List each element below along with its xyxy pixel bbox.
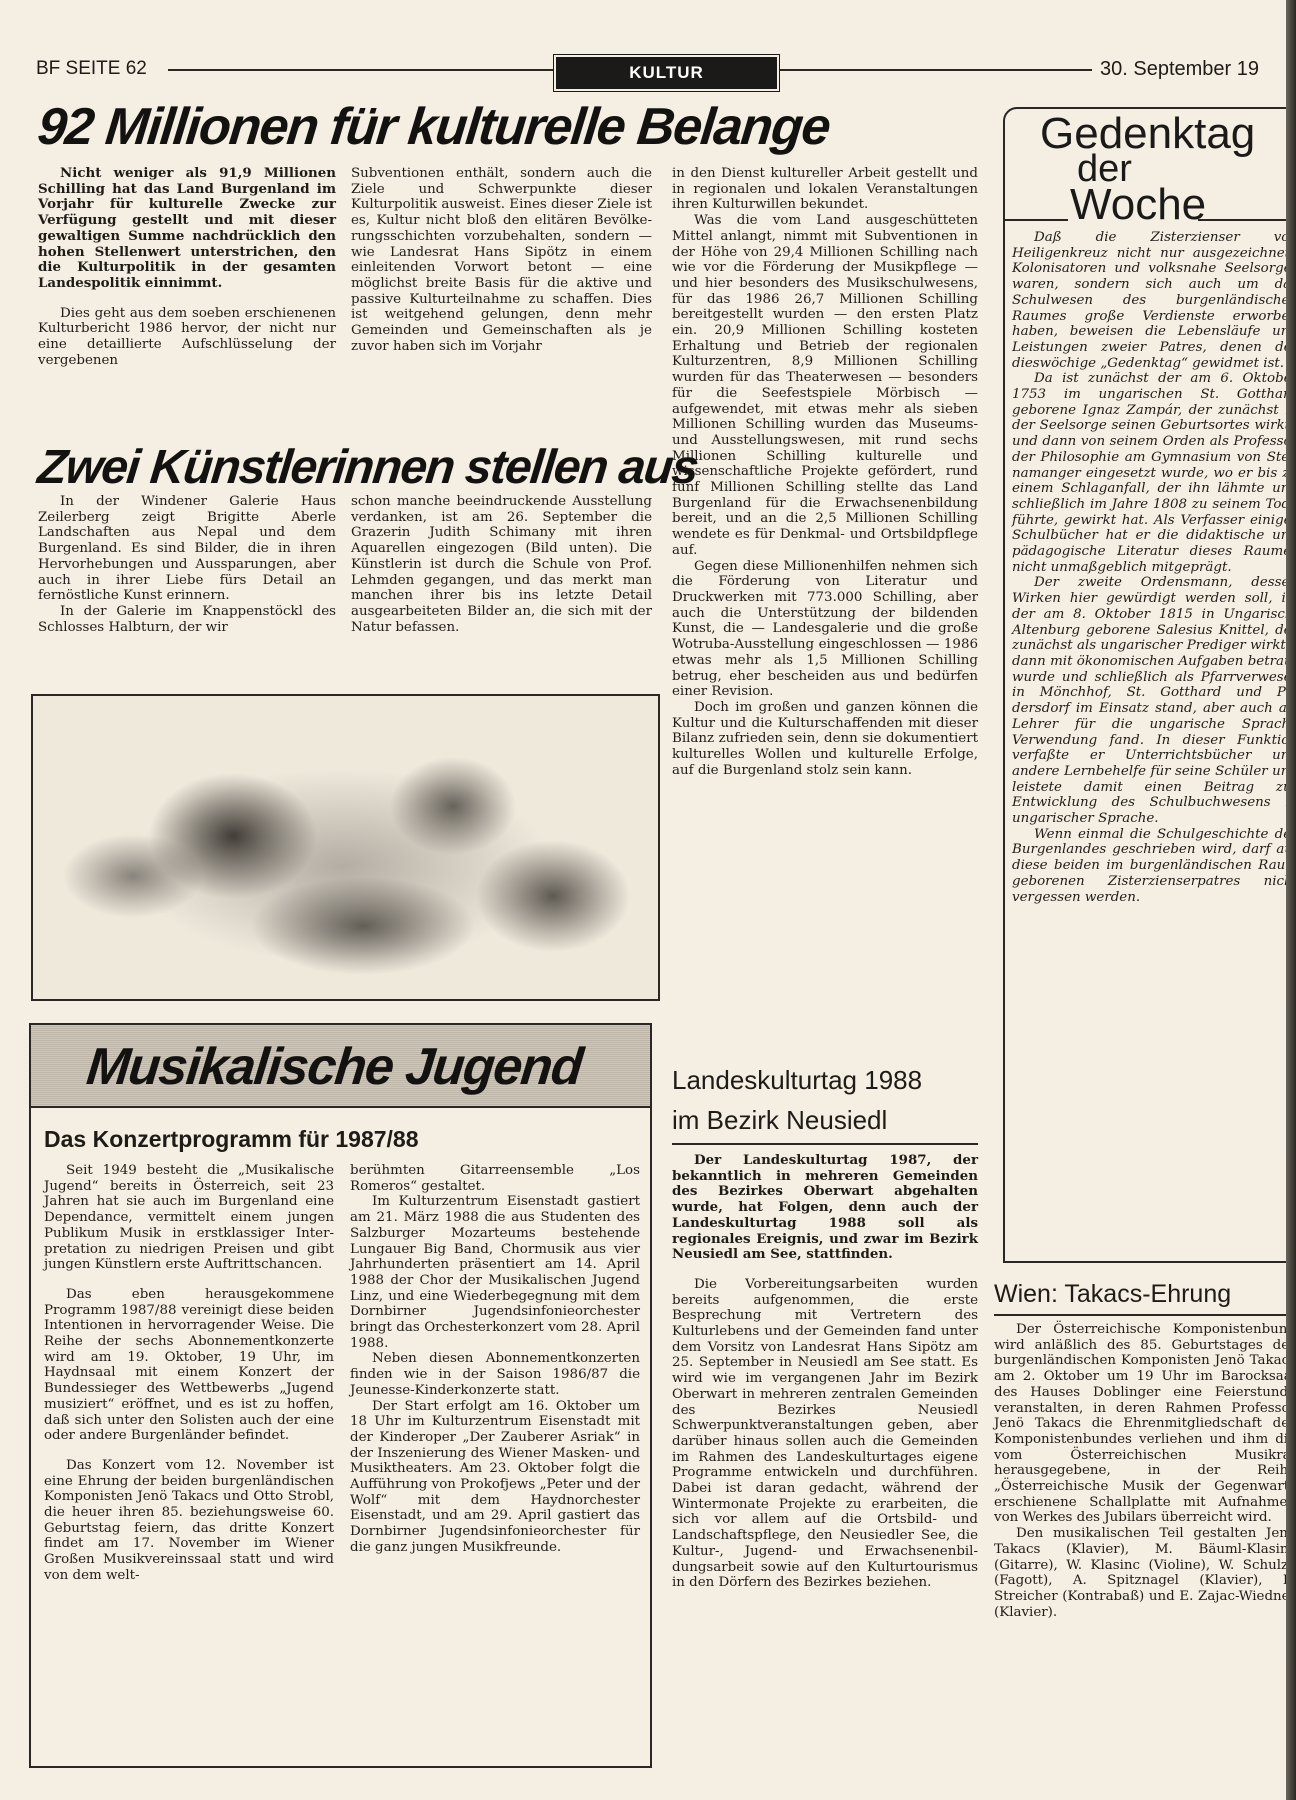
gedenktag-title-1: Gedenktag: [1040, 112, 1255, 156]
music-paragraph: Seit 1949 besteht die „Musikali­sche Jug…: [44, 1163, 334, 1273]
landeskulturtag-headline-1: Landeskulturtag 1988: [672, 1065, 922, 1096]
main-article-col1: Nicht weniger als 91,9 Millionen Schilli…: [38, 166, 336, 368]
gedenktag-title-rule-left: [1004, 219, 1068, 221]
main-article-col3: in den Dienst kultureller Arbeit ge­stel…: [672, 166, 978, 778]
music-col2: berühmten Gitarreensemble „Los Romeros“ …: [350, 1163, 640, 1556]
takacs-paragraph: Den musikalischen Teil gestalten Jenö Ta…: [994, 1526, 1296, 1620]
header-rule-right: [780, 69, 1092, 71]
music-paragraph: Im Kulturzentrum Eisenstadt gastiert am …: [350, 1194, 640, 1351]
takacs-paragraph: Der Österreichische Komponi­stenbund wir…: [994, 1322, 1296, 1526]
main-article-paragraph: Dies geht aus dem soeben er­schienenen K…: [38, 306, 336, 369]
main-article-paragraph: Subventionen enthält, sondern auch die Z…: [351, 166, 652, 354]
artists-paragraph: schon manche beeindruckende Ausstellung …: [351, 494, 652, 635]
issue-date: 30. September 19: [1100, 58, 1259, 81]
watercolor-image: [31, 694, 660, 1001]
gedenktag-body: Daß die Zisterzienser von Heiligenkreuz …: [1012, 230, 1296, 905]
takacs-headline: Wien: Takacs-Ehrung: [994, 1280, 1231, 1309]
landeskulturtag-body: Der Landeskulturtag 1987, der bekanntlic…: [672, 1153, 978, 1591]
section-badge: KULTUR: [556, 57, 777, 89]
music-paragraph: Das Konzert vom 12. November ist eine Eh…: [44, 1458, 334, 1584]
landeskulturtag-headline-2: im Bezirk Neusiedl: [672, 1105, 887, 1136]
page-edge-shadow: [1286, 0, 1296, 1800]
gedenktag-title-rule-right: [1198, 219, 1296, 221]
artists-headline: Zwei Künstlerinnen stellen aus: [35, 440, 700, 495]
page-label: BF SEITE 62: [36, 58, 147, 80]
main-article-paragraph: Gegen diese Millionenhilfen neh­men sich…: [672, 559, 978, 700]
gedenktag-paragraph: Der zweite Ordensmann, des­sen Wirken hi…: [1012, 575, 1296, 826]
artists-paragraph: In der Windener Galerie Haus Zeilerberg …: [38, 494, 336, 604]
takacs-rule: [994, 1314, 1294, 1316]
main-article-paragraph: Doch im großen und ganzen kön­nen die Ku…: [672, 700, 978, 779]
main-headline: 92 Millionen für kulturelle Belange: [35, 97, 833, 157]
landeskulturtag-lead: Der Landeskulturtag 1987, der bekanntlic…: [672, 1153, 978, 1263]
header-rule-left: [168, 69, 554, 71]
gedenktag-paragraph: Daß die Zisterzienser von Heiligenkreuz …: [1012, 230, 1296, 371]
main-article-lead: Nicht weniger als 91,9 Millionen Schilli…: [38, 166, 336, 292]
music-paragraph: Neben diesen Abonnementkon­zerten finden…: [350, 1351, 640, 1398]
main-article-col2: Subventionen enthält, sondern auch die Z…: [351, 166, 652, 354]
music-paragraph: berühmten Gitarreensemble „Los Romeros“ …: [350, 1163, 640, 1194]
gedenktag-paragraph: Da ist zunächst der am 6. Ok­tober 1753 …: [1012, 371, 1296, 575]
main-article-paragraph: Was die vom Land ausgeschütte­ten Mittel…: [672, 213, 978, 558]
music-banner-title: Musikalische Jugend: [84, 1037, 585, 1097]
artists-paragraph: In der Galerie im Knappenstöckl des Schl…: [38, 604, 336, 635]
gedenktag-title-3: Woche: [1070, 183, 1206, 227]
artists-col1: In der Windener Galerie Haus Zeilerberg …: [38, 494, 336, 635]
landeskulturtag-paragraph: Die Vorbereitungsarbeiten wur­den bereit…: [672, 1277, 978, 1591]
gedenktag-paragraph: Wenn einmal die Schulge­schichte des Bur…: [1012, 827, 1296, 906]
main-article-paragraph: in den Dienst kultureller Arbeit ge­stel…: [672, 166, 978, 213]
artists-col2: schon manche beeindruckende Ausstellung …: [351, 494, 652, 635]
takacs-body: Der Österreichische Komponi­stenbund wir…: [994, 1322, 1296, 1620]
landeskulturtag-rule: [672, 1143, 978, 1145]
music-col1: Seit 1949 besteht die „Musikali­sche Jug…: [44, 1163, 334, 1584]
music-banner: Musikalische Jugend: [29, 1023, 652, 1108]
music-subhead: Das Konzertprogramm für 1987/88: [44, 1126, 419, 1153]
music-paragraph: Das eben herausgekommene Programm 1987/8…: [44, 1287, 334, 1444]
music-paragraph: Der Start erfolgt am 16. Oktober um 18 U…: [350, 1399, 640, 1556]
